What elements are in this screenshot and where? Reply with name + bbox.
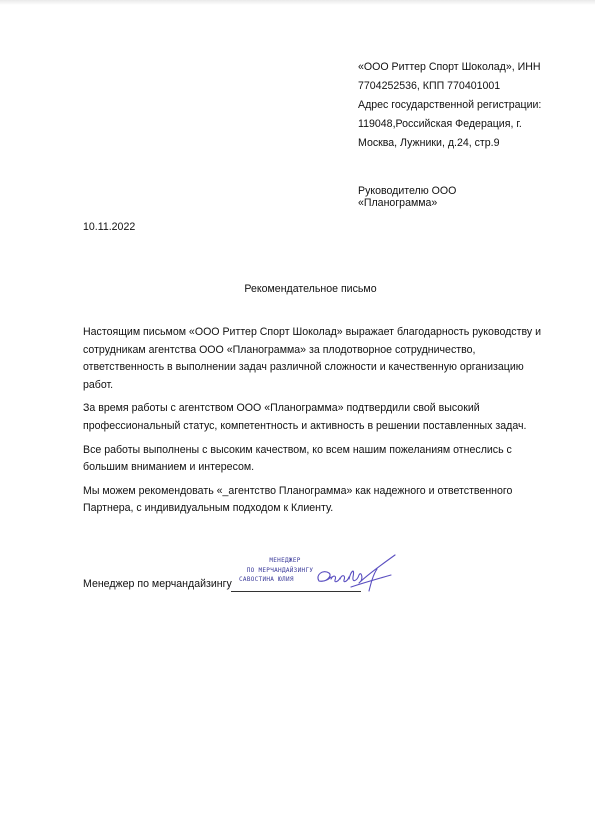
addressee-block: «ООО Риттер Спорт Шоколад», ИНН 77042525…	[358, 58, 588, 153]
letter-body: Настоящим письмом «ООО Риттер Спорт Шоко…	[83, 324, 543, 524]
recipient-line: Руководителю ООО	[358, 185, 456, 197]
body-paragraph: Все работы выполнены с высоким качеством…	[83, 442, 543, 477]
body-paragraph: Настоящим письмом «ООО Риттер Спорт Шоко…	[83, 324, 543, 394]
addressee-line: Адрес государственной регистрации:	[358, 96, 588, 115]
letter-title: Рекомендательное письмо	[0, 283, 595, 295]
recipient-block: Руководителю ООО «Планограмма»	[358, 185, 456, 209]
handwritten-signature-icon	[311, 553, 401, 603]
body-paragraph: За время работы с агентством ООО «Планог…	[83, 400, 543, 435]
addressee-line: Москва, Лужники, д.24, стр.9	[358, 134, 588, 153]
letter-date: 10.11.2022	[83, 221, 135, 233]
addressee-line: 119048,Российская Федерация, г.	[358, 115, 588, 134]
addressee-line: 7704252536, КПП 770401001	[358, 77, 588, 96]
signatory-title: Менеджер по мерчандайзингу	[83, 578, 232, 590]
page-top-shadow	[0, 0, 595, 5]
recipient-line: «Планограмма»	[358, 197, 456, 209]
body-paragraph: Мы можем рекомендовать «_агентство Плано…	[83, 483, 543, 518]
addressee-line: «ООО Риттер Спорт Шоколад», ИНН	[358, 58, 588, 77]
signature-block: Менеджер по мерчандайзингу МЕНЕДЖЕР ПО М…	[83, 553, 413, 603]
